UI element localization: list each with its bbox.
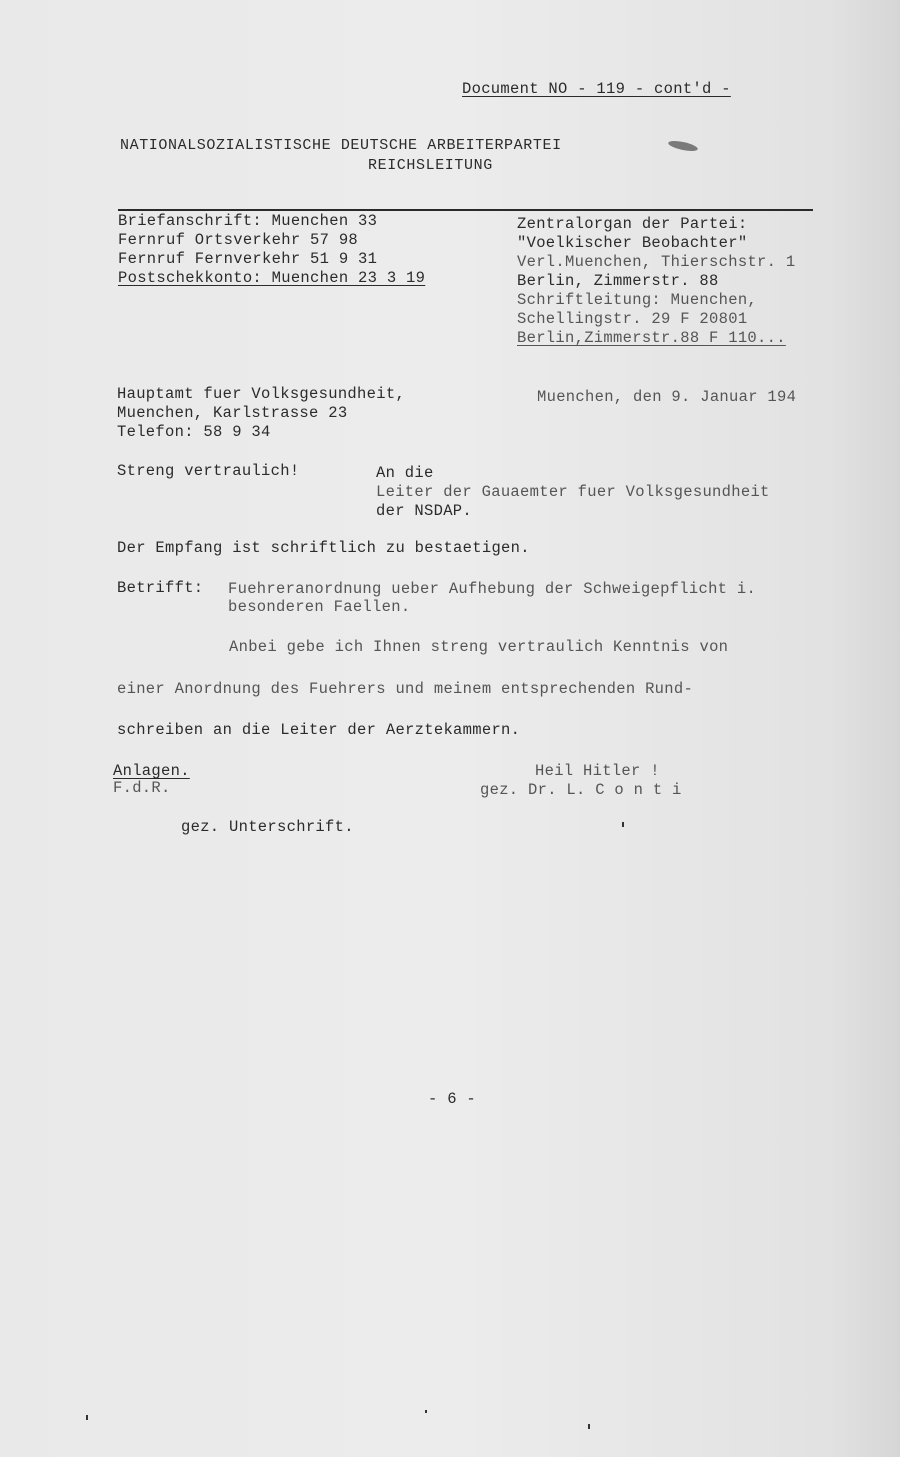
page-number: - 6 - (428, 1090, 476, 1109)
document-page: Document NO - 119 - cont'd - NATIONALSOZ… (0, 0, 900, 1457)
letterhead-postal-account: Postschekkonto: Muenchen 23 3 19 (118, 269, 425, 288)
letterhead-address: Briefanschrift: Muenchen 33 (118, 212, 377, 231)
closing-signature: gez. Dr. L. C o n t i (480, 781, 682, 800)
letterhead-office: REICHSLEITUNG (368, 156, 493, 175)
letterhead-berlin-address: Berlin, Zimmerstr. 88 (517, 272, 719, 291)
subject-line: besonderen Faellen. (228, 598, 410, 617)
ink-speck (588, 1424, 590, 1429)
letterhead-editorial: Schriftleitung: Muenchen, (517, 291, 757, 310)
letterhead-divider (118, 209, 813, 211)
letterhead-editorial-berlin: Berlin,Zimmerstr.88 F 110... (517, 329, 786, 348)
letterhead-party-name: NATIONALSOZIALISTISCHE DEUTSCHE ARBEITER… (120, 136, 562, 155)
signed-note: gez. Unterschrift. (181, 818, 354, 837)
fdr-note: F.d.R. (113, 779, 171, 798)
letterhead-organ-title: Zentralorgan der Partei: (517, 215, 747, 234)
ink-smudge (667, 139, 698, 153)
sender-line: Telefon: 58 9 34 (117, 423, 271, 442)
body-line: einer Anordnung des Fuehrers und meinem … (117, 680, 693, 699)
letterhead-phone-long: Fernruf Fernverkehr 51 9 31 (118, 250, 377, 269)
recipient-line: der NSDAP. (376, 502, 472, 521)
body-line: Anbei gebe ich Ihnen streng vertraulich … (229, 638, 728, 657)
subject-label: Betrifft: (117, 579, 203, 598)
recipient-line: Leiter der Gauaemter fuer Volksgesundhei… (376, 483, 770, 502)
sender-line: Muenchen, Karlstrasse 23 (117, 404, 347, 423)
letterhead-newspaper: "Voelkischer Beobachter" (517, 234, 747, 253)
ink-speck (86, 1415, 88, 1420)
recipient-line: An die (376, 464, 434, 483)
sender-line: Hauptamt fuer Volksgesundheit, (117, 385, 405, 404)
date-line: Muenchen, den 9. Januar 194 (537, 388, 796, 407)
ink-speck (622, 822, 624, 827)
letterhead-phone-local: Fernruf Ortsverkehr 57 98 (118, 231, 358, 250)
subject-line: Fuehreranordnung ueber Aufhebung der Sch… (228, 580, 756, 599)
body-line: schreiben an die Leiter der Aerztekammer… (117, 721, 520, 740)
closing-salutation: Heil Hitler ! (535, 762, 660, 781)
ink-speck (425, 1410, 427, 1413)
letterhead-publisher: Verl.Muenchen, Thierschstr. 1 (517, 253, 795, 272)
document-reference: Document NO - 119 - cont'd - (462, 80, 731, 99)
acknowledgement-note: Der Empfang ist schriftlich zu bestaetig… (117, 539, 530, 558)
classification-notice: Streng vertraulich! (117, 462, 299, 481)
letterhead-editorial-address: Schellingstr. 29 F 20801 (517, 310, 747, 329)
